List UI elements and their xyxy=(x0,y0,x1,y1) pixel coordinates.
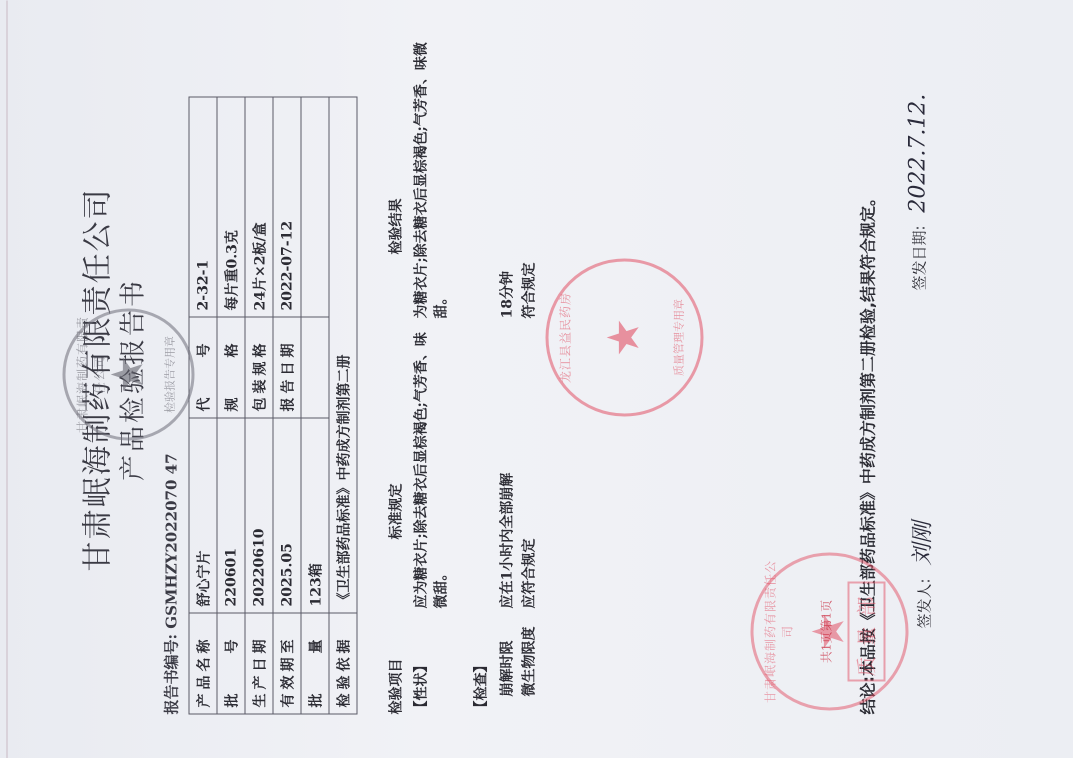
conclusion: 结论:本品按《卫生部药品标准》中药成方制剂第二册检验,结果符合规定。 xyxy=(855,190,878,714)
info-label: 生产日期 xyxy=(245,613,273,714)
info-label: 检验依据 xyxy=(329,613,357,714)
info-value: 20220610 xyxy=(245,417,273,612)
report-number: 报告书编号: GSMHZY2022070 47 xyxy=(160,453,181,714)
section-title: 【检查】 xyxy=(470,658,490,714)
standard-text: 应符合规定 xyxy=(518,538,538,608)
report-number-label: 报告书编号: xyxy=(162,633,180,714)
sign-date-value: 2022.7.12. xyxy=(905,93,930,212)
info-label: 批 量 xyxy=(301,613,329,714)
info-value xyxy=(301,97,329,317)
header-result: 检验结果 xyxy=(385,198,405,254)
inspection-report-page: 甘肃岷海制药有限责任公司 产品检验报告书 报告书编号: GSMHZY202207… xyxy=(0,0,1073,758)
seal-subtext: 检验报告专用章 xyxy=(161,311,177,437)
standard-text: 应为糖衣片;除去糖衣后显棕褐色;气芳香、味微甜。 xyxy=(410,328,450,608)
standard-text: 应在1小时内全部崩解 xyxy=(496,472,516,608)
signer-signature: 刘刚 xyxy=(910,521,935,565)
info-label: 包装规格 xyxy=(245,316,273,417)
quality-dept-seal: 甘肃岷海制药有限责任公司 共1页第1页 ★ 质量部 xyxy=(750,552,908,710)
info-label: 有效期至 xyxy=(273,613,301,714)
info-row: 生产日期20220610包装规格24片×2板/盒 xyxy=(245,97,273,714)
info-value: 2022-07-12 xyxy=(273,97,301,317)
company-name: 甘肃岷海制药有限责任公司 xyxy=(72,0,116,758)
info-value: 舒心宁片 xyxy=(189,417,217,612)
page-count: 共1页第1页 xyxy=(817,555,834,707)
seal-subtext: 质量管理专用章 xyxy=(670,261,686,413)
report-number-value: GSMHZY2022070 47 xyxy=(162,453,180,628)
signer: 签发人: 刘刚 xyxy=(905,521,936,628)
item-name: 微生物限度 xyxy=(518,626,538,696)
result-text: 18分钟 xyxy=(496,271,516,318)
result-text: 为糖衣片;除去糖衣后显棕褐色;气芳香、味微甜。 xyxy=(410,38,450,318)
star-icon: ★ xyxy=(602,317,646,356)
scanned-document: 甘肃岷海制药有限责任公司 产品检验报告书 报告书编号: GSMHZY202207… xyxy=(0,0,1073,758)
info-value: 24片×2板/盒 xyxy=(245,97,273,317)
info-value: 《卫生部药品标准》中药成方制剂第二册 xyxy=(329,97,357,613)
info-label: 产品名称 xyxy=(189,613,217,714)
info-label: 批 号 xyxy=(217,613,245,714)
info-label: 规 格 xyxy=(217,316,245,417)
product-info-table: 产品名称舒心宁片代 号2-32-1批 号220601规 格每片重0.3克生产日期… xyxy=(188,96,357,714)
document-title: 产品检验报告书 xyxy=(112,0,149,758)
info-label xyxy=(301,316,329,417)
info-value: 123箱 xyxy=(301,417,329,612)
info-value: 220601 xyxy=(217,417,245,612)
scan-edge xyxy=(6,0,7,758)
item-name: 崩解时限 xyxy=(496,640,516,696)
section-title: 【性状】 xyxy=(410,658,430,714)
info-value: 2-32-1 xyxy=(189,97,217,317)
header-item: 检验项目 xyxy=(385,658,405,714)
header-standard: 标准规定 xyxy=(385,483,405,539)
info-row: 批 号220601规 格每片重0.3克 xyxy=(217,97,245,714)
seal-text: 甘肃岷海制药有限责任公司 xyxy=(761,555,795,707)
info-row: 检验依据《卫生部药品标准》中药成方制剂第二册 xyxy=(329,97,357,714)
info-row: 批 量123箱 xyxy=(301,97,329,714)
signer-label: 签发人: xyxy=(915,578,933,628)
seal-text: 龙江县益民药房 xyxy=(556,261,573,413)
result-text: 符合规定 xyxy=(518,262,538,318)
info-value: 每片重0.3克 xyxy=(217,97,245,317)
info-label: 代 号 xyxy=(189,316,217,417)
star-icon: ★ xyxy=(807,611,851,650)
sign-date: 签发日期: 2022.7.12. xyxy=(905,93,930,290)
pharmacy-quality-seal: 龙江县益民药房 ★ 质量管理专用章 xyxy=(545,258,703,416)
info-label: 报告日期 xyxy=(273,316,301,417)
info-row: 产品名称舒心宁片代 号2-32-1 xyxy=(189,97,217,714)
sign-date-label: 签发日期: xyxy=(910,225,928,290)
info-row: 有效期至2025.05报告日期2022-07-12 xyxy=(273,97,301,714)
info-value: 2025.05 xyxy=(273,417,301,612)
